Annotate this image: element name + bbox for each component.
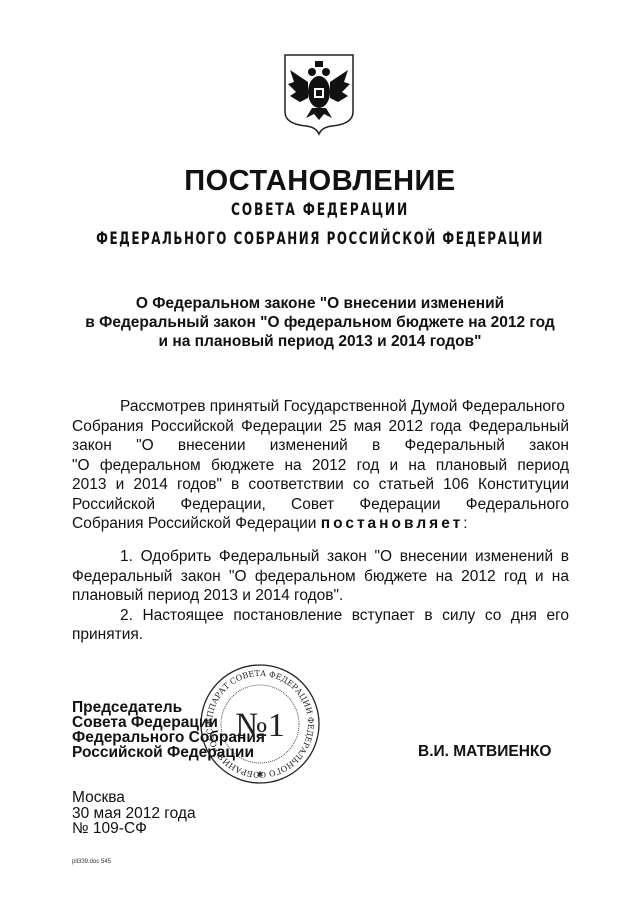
preamble-line: 2013 и 2014 годов" в соответствии со ста… <box>72 476 569 494</box>
item-line: 2. Настоящее постановление вступает в си… <box>120 607 569 625</box>
issuer-line-1: СОВЕТА ФЕДЕРАЦИИ <box>90 200 551 220</box>
resolves-colon: : <box>463 515 467 532</box>
item-line: 1. Одобрить Федеральный закон "О внесени… <box>120 548 569 566</box>
item-line: плановый период 2013 и 2014 годов". <box>72 587 569 605</box>
subject-line: в Федеральный закон "О федеральном бюдже… <box>0 313 640 332</box>
place: Москва <box>72 790 196 806</box>
date: 30 мая 2012 года <box>72 806 196 822</box>
preamble-line: "О федеральном бюджете на 2012 год и на … <box>72 457 569 475</box>
preamble-line: Рассмотрев принятый Государственной Думо… <box>120 398 569 416</box>
preamble-line: Российской Федерации, Совет Федерации Фе… <box>72 496 569 514</box>
document-subject: О Федеральном законе "О внесении изменен… <box>0 294 640 351</box>
preamble-line: Собрания Российской Федерации 25 мая 201… <box>72 418 569 436</box>
preamble-line-last: Собрания Российской Федерации постановля… <box>72 515 569 533</box>
preamble-line: закон "О внесении изменений в Федеральны… <box>72 437 569 455</box>
subject-line: О Федеральном законе "О внесении изменен… <box>0 294 640 313</box>
coat-of-arms-icon <box>282 52 356 136</box>
resolves-word: постановляет <box>321 515 464 532</box>
item-line: Федеральный закон "О федеральном бюджете… <box>72 568 569 586</box>
stamp-number: №1 <box>235 707 284 744</box>
svg-text:✱: ✱ <box>257 770 264 779</box>
document-number: № 109-СФ <box>72 821 196 837</box>
item-line: принятия. <box>72 626 569 644</box>
document-title: ПОСТАНОВЛЕНИЕ <box>0 165 640 198</box>
subject-line: и на плановый период 2013 и 2014 годов" <box>0 332 640 351</box>
footer-code: pll339.doc 545 <box>72 859 111 865</box>
official-stamp: АППАРАТ СОВЕТА ФЕДЕРАЦИИ ФЕДЕРАЛЬНОГО СО… <box>199 663 321 785</box>
document-meta: Москва 30 мая 2012 года № 109-СФ <box>72 790 196 837</box>
issuer-line-2: ФЕДЕРАЛЬНОГО СОБРАНИЯ РОССИЙСКОЙ ФЕДЕРАЦ… <box>96 229 544 249</box>
preamble-text: Собрания Российской Федерации <box>72 515 316 532</box>
signatory-name: В.И. МАТВИЕНКО <box>418 743 551 761</box>
